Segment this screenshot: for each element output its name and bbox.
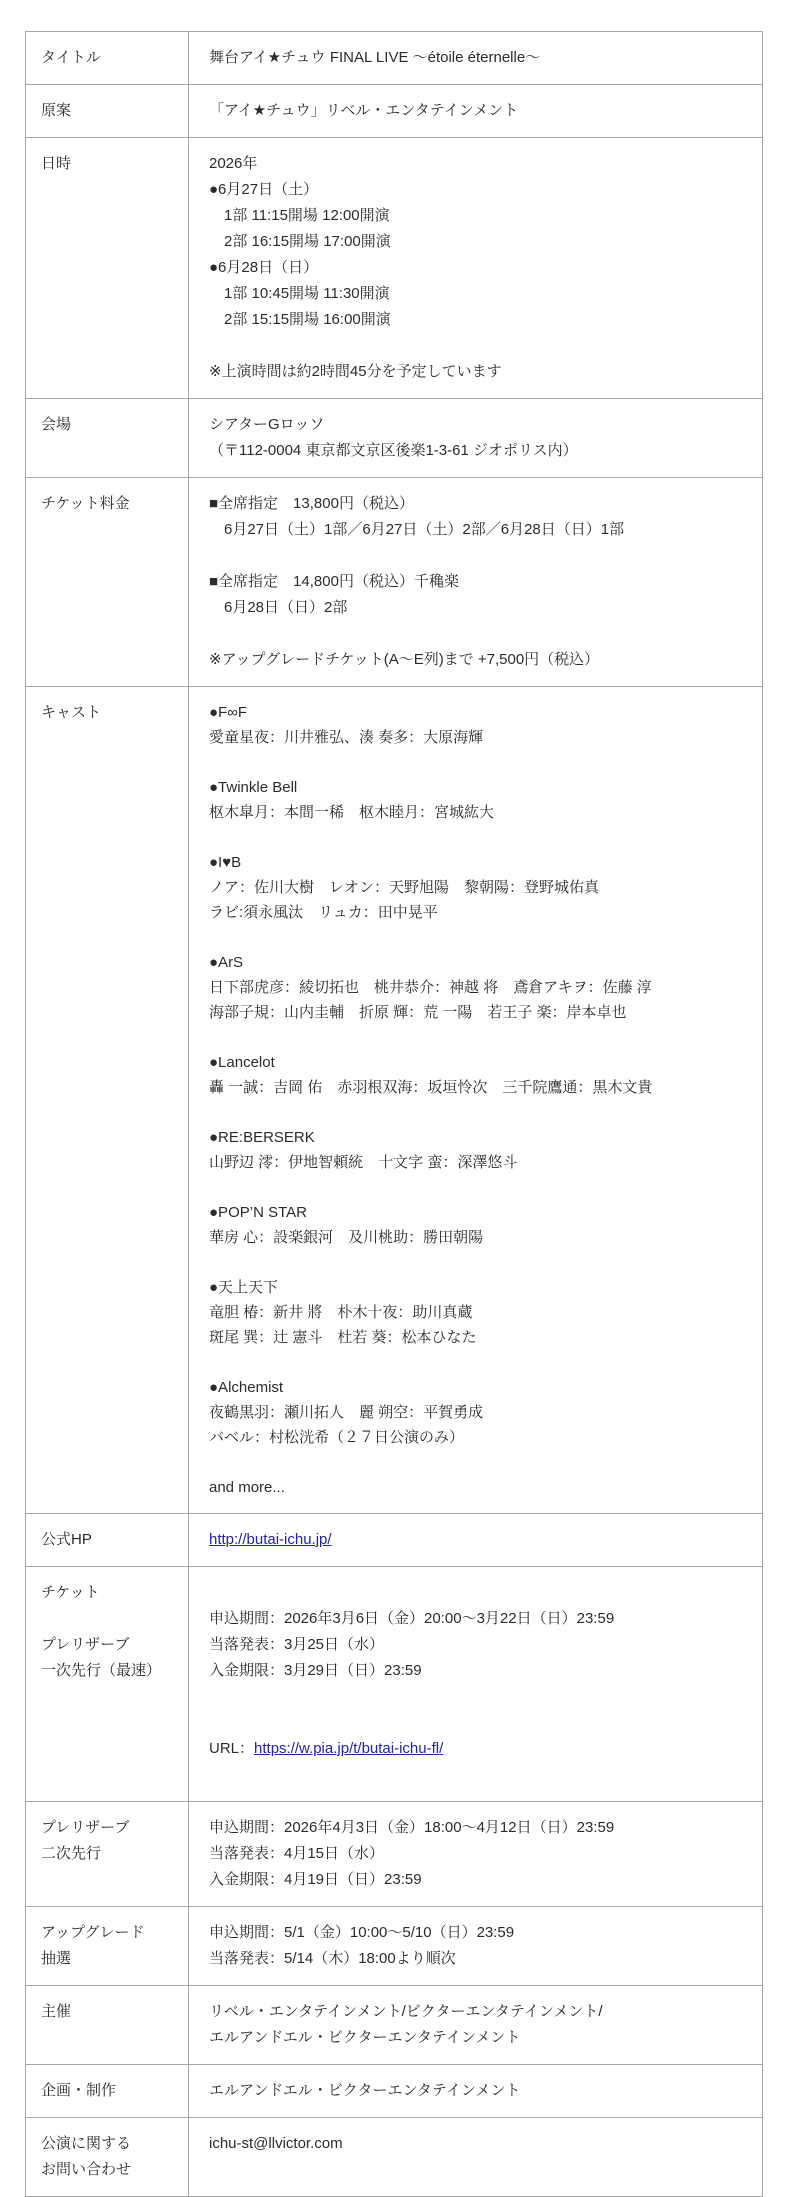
venue-content: シアターGロッソ （〒112-0004 東京都文京区後楽1-3-61 ジオポリス… [189,399,762,477]
pia-ticket-link[interactable]: https://w.pia.jp/t/butai-ichu-fl/ [254,1740,443,1757]
datetime-label: 日時 [26,138,189,398]
row-ticket-first: チケット プレリザーブ 一次先行（最速） 申込期間：2026年3月6日（金）20… [26,1566,762,1801]
original-content: 「アイ★チュウ」リベル・エンタテインメント [189,85,762,137]
row-cast: キャスト ●F∞F 愛童星夜：川井雅弘、湊 奏多：大原海輝 ●Twinkle B… [26,686,762,1513]
cast-content: ●F∞F 愛童星夜：川井雅弘、湊 奏多：大原海輝 ●Twinkle Bell 枢… [189,687,762,1513]
price-label: チケット料金 [26,478,189,686]
ticket-first-url-line: URL：https://w.pia.jp/t/butai-ichu-fl/ [209,1736,746,1762]
official-site-link[interactable]: http://butai-ichu.jp/ [209,1531,332,1548]
title-label: タイトル [26,32,189,84]
ticket-second-content: 申込期間：2026年4月3日（金）18:00～4月12日（日）23:59 当落発… [189,1802,762,1906]
ticket-first-content: 申込期間：2026年3月6日（金）20:00～3月22日（日）23:59 当落発… [189,1567,762,1801]
ticket-first-label: チケット プレリザーブ 一次先行（最速） [26,1567,189,1801]
title-content: 舞台アイ★チュウ FINAL LIVE ～étoile éternelle～ [189,32,762,84]
row-price: チケット料金 ■全席指定 13,800円（税込） 6月27日（土）1部／6月27… [26,477,762,686]
event-info-table: タイトル 舞台アイ★チュウ FINAL LIVE ～étoile éternel… [25,31,763,2197]
price-content: ■全席指定 13,800円（税込） 6月27日（土）1部／6月27日（土）2部／… [189,478,762,686]
cast-label: キャスト [26,687,189,1513]
row-production: 企画・制作 エルアンドエル・ビクターエンタテインメント [26,2064,762,2117]
row-title: タイトル 舞台アイ★チュウ FINAL LIVE ～étoile éternel… [26,32,762,84]
production-content: エルアンドエル・ビクターエンタテインメント [189,2065,762,2117]
ticket-first-schedule: 申込期間：2026年3月6日（金）20:00～3月22日（日）23:59 当落発… [209,1606,746,1684]
row-original: 原案 「アイ★チュウ」リベル・エンタテインメント [26,84,762,137]
row-datetime: 日時 2026年 ●6月27日（土） 1部 11:15開場 12:00開演 2部… [26,137,762,398]
row-official-site: 公式HP http://butai-ichu.jp/ [26,1513,762,1566]
official-site-content: http://butai-ichu.jp/ [189,1514,762,1566]
row-organizer: 主催 リベル・エンタテインメント/ビクターエンタテインメント/ エルアンドエル・… [26,1985,762,2064]
organizer-content: リベル・エンタテインメント/ビクターエンタテインメント/ エルアンドエル・ビクタ… [189,1986,762,2064]
row-venue: 会場 シアターGロッソ （〒112-0004 東京都文京区後楽1-3-61 ジオ… [26,398,762,477]
original-label: 原案 [26,85,189,137]
venue-label: 会場 [26,399,189,477]
organizer-label: 主催 [26,1986,189,2064]
ticket-second-label: プレリザーブ 二次先行 [26,1802,189,1906]
production-label: 企画・制作 [26,2065,189,2117]
official-site-label: 公式HP [26,1514,189,1566]
url-label: URL： [209,1740,254,1757]
contact-label: 公演に関する お問い合わせ [26,2118,189,2196]
upgrade-label: アップグレード 抽選 [26,1907,189,1985]
row-ticket-second: プレリザーブ 二次先行 申込期間：2026年4月3日（金）18:00～4月12日… [26,1801,762,1906]
upgrade-content: 申込期間：5/1（金）10:00～5/10（日）23:59 当落発表：5/14（… [189,1907,762,1985]
row-contact: 公演に関する お問い合わせ ichu-st@llvictor.com [26,2117,762,2196]
contact-content: ichu-st@llvictor.com [189,2118,762,2196]
datetime-content: 2026年 ●6月27日（土） 1部 11:15開場 12:00開演 2部 16… [189,138,762,398]
row-upgrade: アップグレード 抽選 申込期間：5/1（金）10:00～5/10（日）23:59… [26,1906,762,1985]
